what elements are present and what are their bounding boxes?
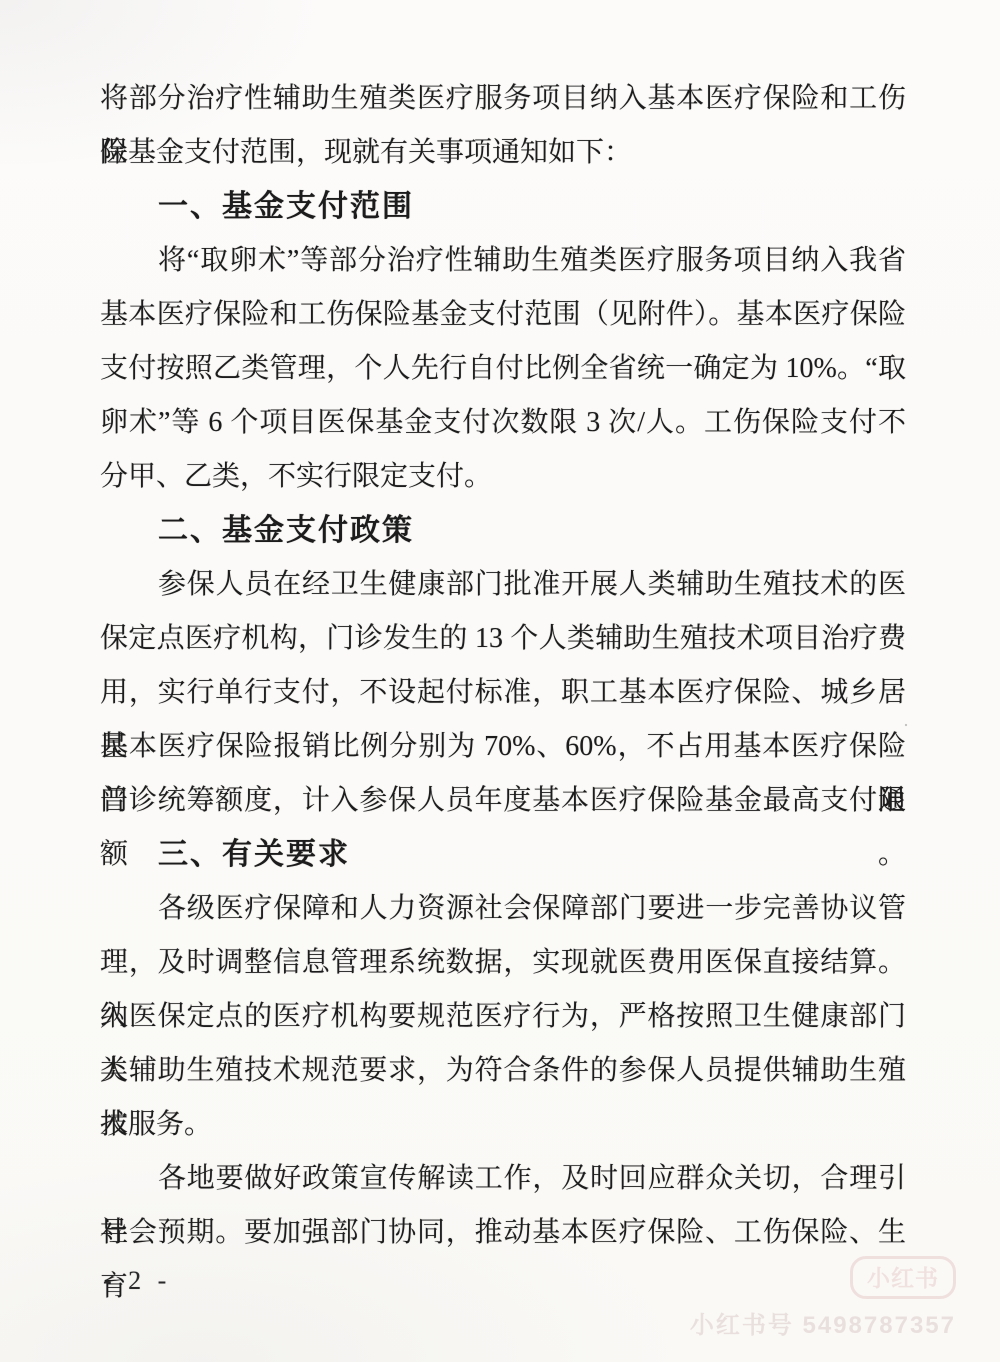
text-line: 将部分治疗性辅助生殖类医疗服务项目纳入基本医疗保险和工伤保 [100, 72, 906, 126]
xiaohongshu-logo-badge: 小红书 [850, 1256, 956, 1299]
xiaohongshu-watermark: 小红书 小红书号 5498787357 [656, 1256, 956, 1340]
text-line: 将“取卵术”等部分治疗性辅助生殖类医疗服务项目纳入我省 [100, 234, 906, 288]
scanned-document-page: 将部分治疗性辅助生殖类医疗服务项目纳入基本医疗保险和工伤保险基金支付范围，现就有… [0, 0, 1000, 1362]
text-line: 支付按照乙类管理，个人先行自付比例全省统一确定为 10%。“取 [100, 342, 906, 396]
text-line: 术服务。 [100, 1098, 906, 1152]
text-line: 基本医疗保险报销比例分别为 70%、60%，不占用基本医疗保险普通 [100, 720, 906, 774]
text-line: 社会预期。要加强部门协同，推动基本医疗保险、工伤保险、生育 [100, 1206, 906, 1260]
text-line: 用，实行单行支付，不设起付标准，职工基本医疗保险、城乡居民 [100, 666, 906, 720]
text-line: 基本医疗保险和工伤保险基金支付范围（见附件）。基本医疗保险 [100, 288, 906, 342]
document-body: 将部分治疗性辅助生殖类医疗服务项目纳入基本医疗保险和工伤保险基金支付范围，现就有… [100, 72, 906, 1260]
text-line: 保定点医疗机构，门诊发生的 13 个人类辅助生殖技术项目治疗费 [100, 612, 906, 666]
page-number: - 2 - [103, 1266, 171, 1296]
text-line: 参保人员在经卫生健康部门批准开展人类辅助生殖技术的医 [100, 558, 906, 612]
text-line: 各级医疗保障和人力资源社会保障部门要进一步完善协议管 [100, 882, 906, 936]
text-line: 入医保定点的医疗机构要规范医疗行为，严格按照卫生健康部门人 [100, 990, 906, 1044]
text-line: 门诊统筹额度，计入参保人员年度基本医疗保险基金最高支付限额。 [100, 774, 906, 828]
xiaohongshu-id-text: 小红书号 5498787357 [656, 1305, 956, 1340]
text-line: 险基金支付范围，现就有关事项通知如下： [100, 126, 906, 180]
text-line: 各地要做好政策宣传解读工作，及时回应群众关切，合理引导 [100, 1152, 906, 1206]
text-line: 卵术”等 6 个项目医保基金支付次数限 3 次/人。工伤保险支付不 [100, 396, 906, 450]
section-heading: 二、基金支付政策 [100, 504, 906, 558]
text-line: 理，及时调整信息管理系统数据，实现就医费用医保直接结算。纳 [100, 936, 906, 990]
text-line: 分甲、乙类，不实行限定支付。 [100, 450, 906, 504]
text-line: 类辅助生殖技术规范要求，为符合条件的参保人员提供辅助生殖技 [100, 1044, 906, 1098]
section-heading: 一、基金支付范围 [100, 180, 906, 234]
